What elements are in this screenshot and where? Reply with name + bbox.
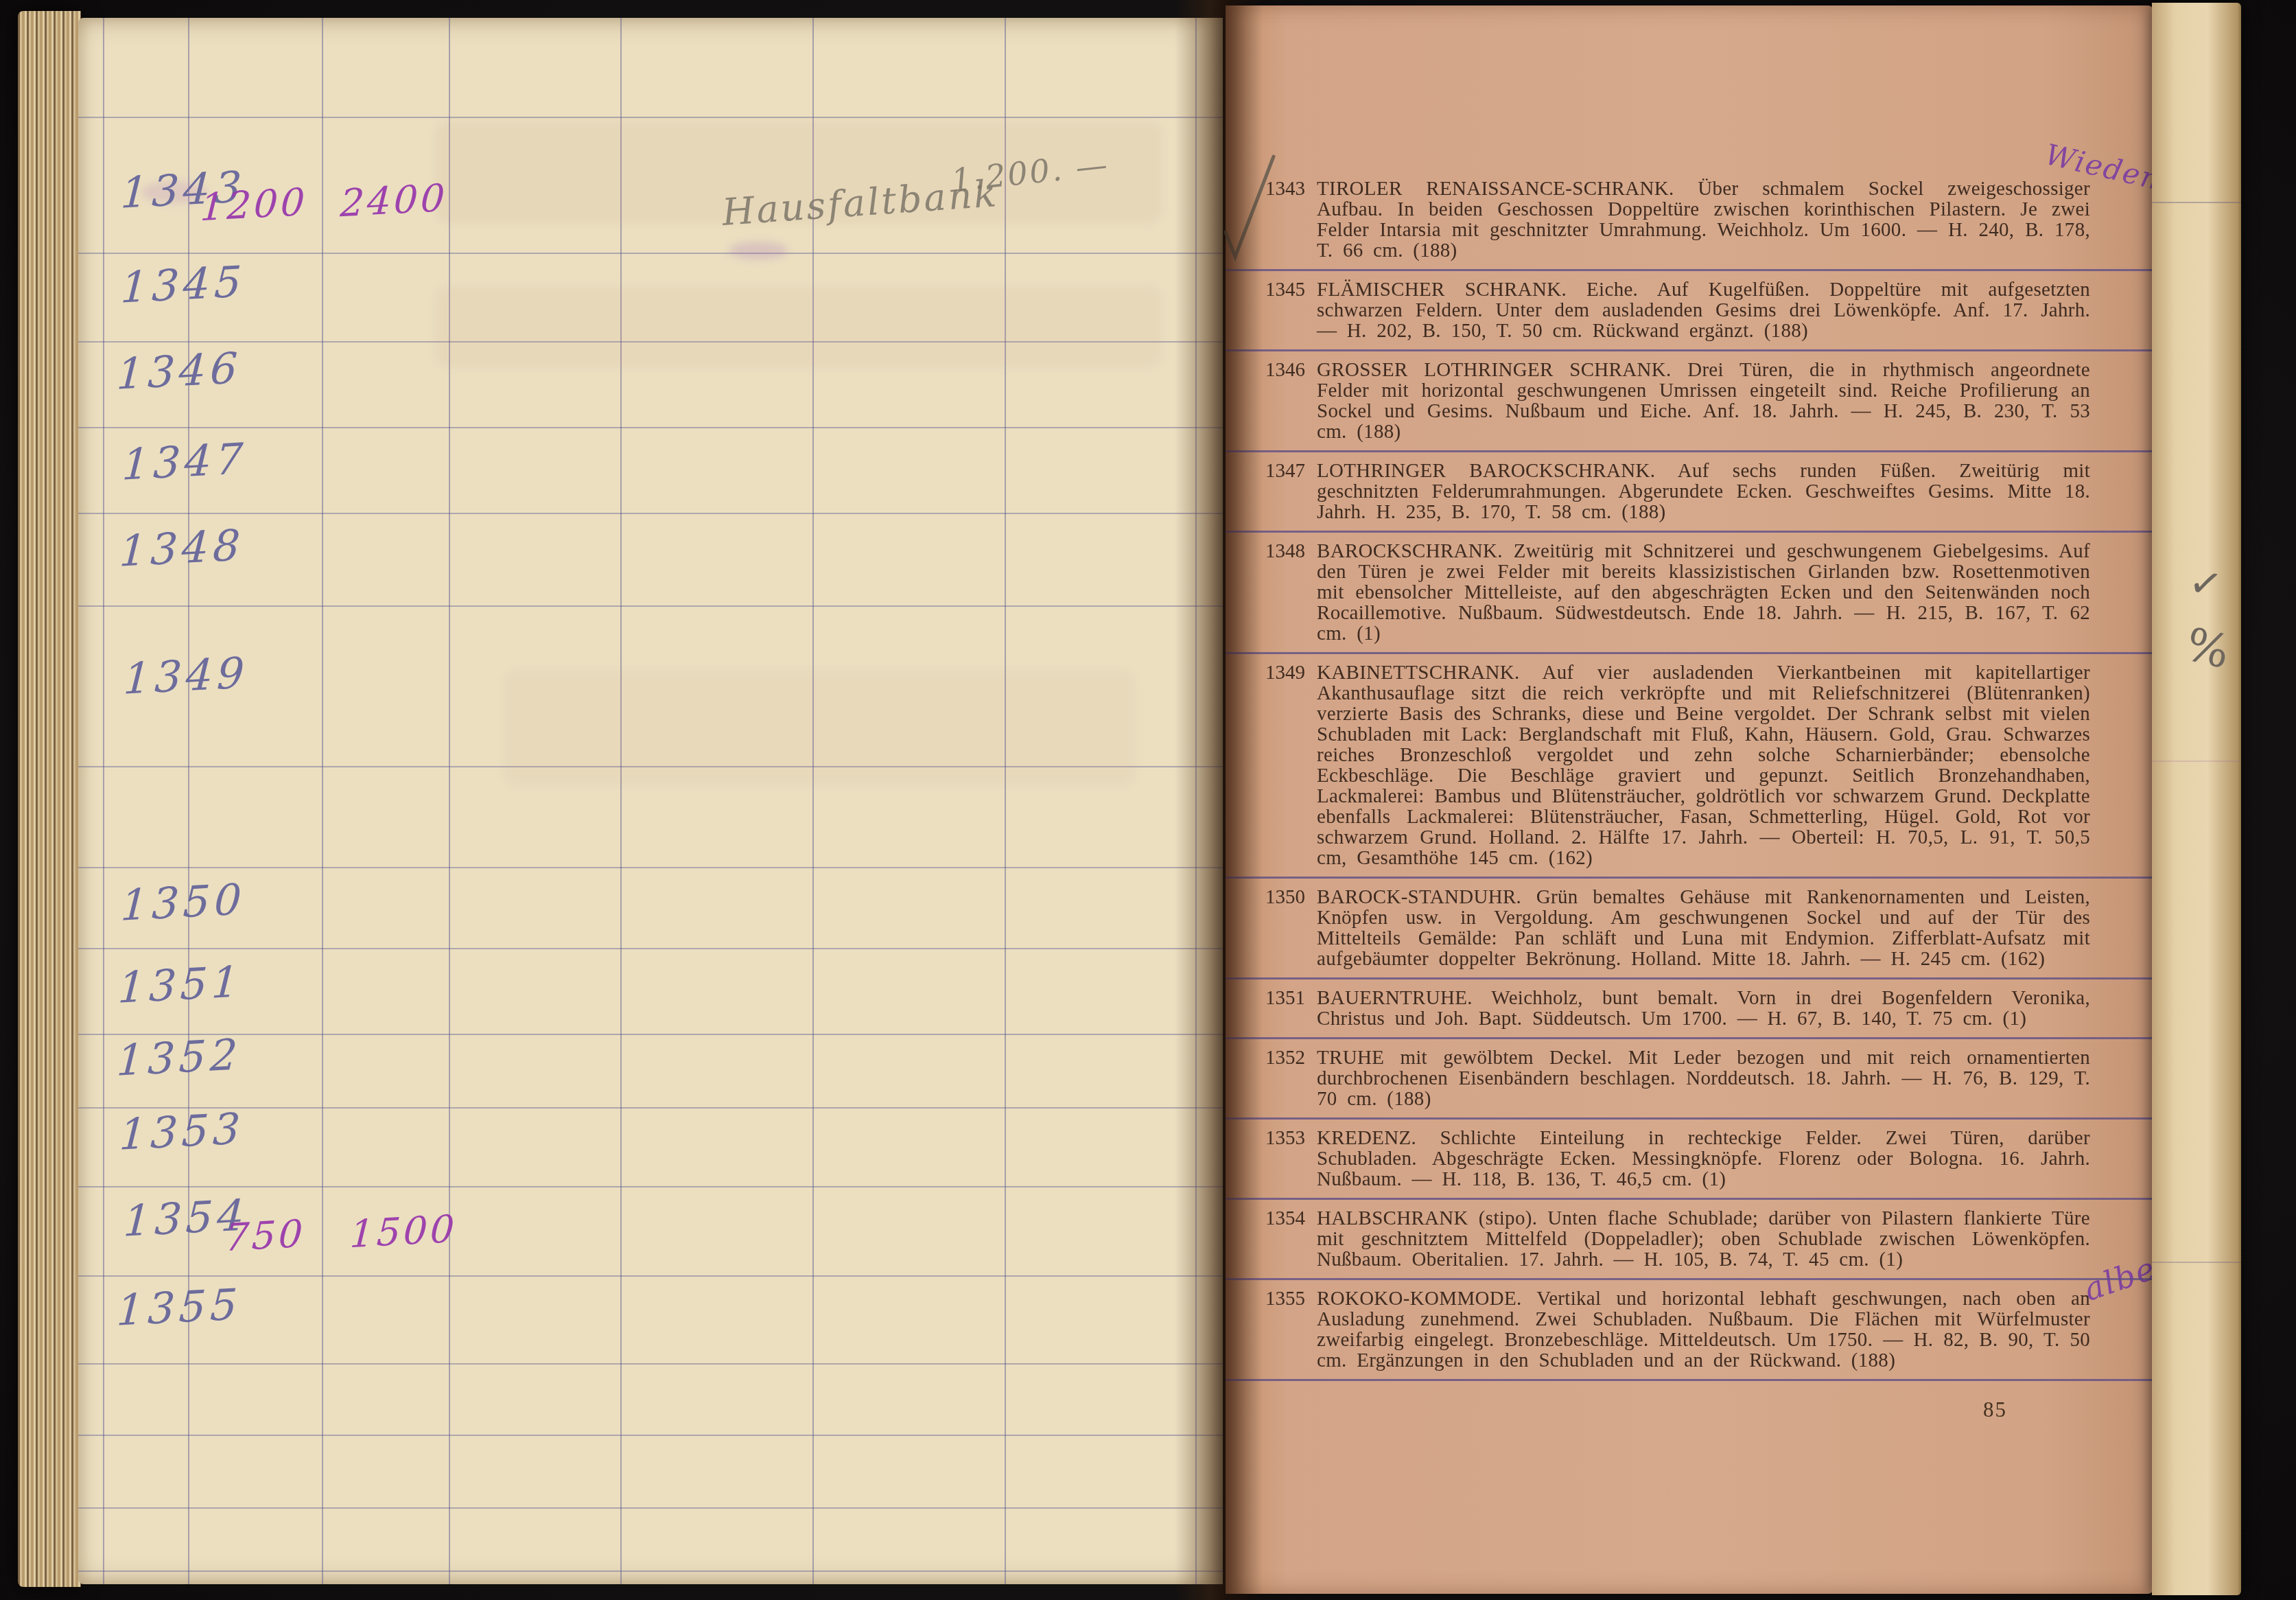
grid-line [78, 1107, 1223, 1109]
catalog-entry: 1349 KABINETTSCHRANK. Auf vier ausladend… [1226, 662, 2153, 879]
print-ghost [435, 286, 1162, 368]
entry-text: FLÄMISCHER SCHRANK. Eiche. Auf Kugelfüße… [1317, 279, 2090, 341]
catalog-entry: 1345 FLÄMISCHER SCHRANK. Eiche. Auf Kuge… [1226, 279, 2153, 351]
catalog-entry-list: 1343 TIROLER RENAISSANCE-SCHRANK. Über s… [1226, 178, 2153, 1389]
grid-line [78, 605, 1223, 607]
catalog-entry: 1348 BAROCKSCHRANK. Zweitürig mit Schnit… [1226, 541, 2153, 654]
entry-number: 1353 [1254, 1128, 1317, 1190]
item-number: 1352 [115, 1029, 242, 1086]
grid-line [78, 867, 1223, 868]
grid-line [78, 1435, 1223, 1436]
catalog-entry: 1350 BAROCK-STANDUHR. Grün bemaltes Gehä… [1226, 887, 2153, 979]
grid-line [78, 948, 1223, 949]
entry-text: BAROCKSCHRANK. Zweitürig mit Schnitzerei… [1317, 541, 2090, 644]
item-number: 1349 [122, 647, 249, 704]
edge-percent-mark: % [2181, 618, 2235, 680]
catalog-entry: 1346 GROSSER LOTHRINGER SCHRANK. Drei Tü… [1226, 360, 2153, 452]
item-number: 1348 [118, 520, 245, 577]
entry-number: 1350 [1254, 887, 1317, 969]
entry-number: 1354 [1254, 1208, 1317, 1270]
price-value: 750 [224, 1211, 306, 1260]
entry-number: 1348 [1254, 541, 1317, 644]
item-number: 1346 [115, 343, 242, 399]
price-value: 2400 [339, 176, 448, 225]
price-value: 1500 [349, 1207, 458, 1256]
book-scan: 1343 1200 2400 1345 1346 1347 1348 1349 … [0, 0, 2296, 1600]
entry-number: 1345 [1254, 279, 1317, 341]
entry-number: 1355 [1254, 1288, 1317, 1371]
entry-number: 1352 [1254, 1047, 1317, 1109]
grid-line [78, 1034, 1223, 1035]
item-number: 1353 [118, 1103, 245, 1160]
catalog-page: Wiedemann albe 1343 TIROLER RENAISSANCE-… [1226, 5, 2153, 1594]
catalog-entry: 1355 ROKOKO-KOMMODE. Vertikal und horizo… [1226, 1288, 2153, 1381]
entry-number: 1351 [1254, 988, 1317, 1029]
entry-text: BAROCK-STANDUHR. Grün bemaltes Gehäuse m… [1317, 887, 2090, 969]
entry-text: HALBSCHRANK (stipo). Unten flache Schubl… [1317, 1208, 2090, 1270]
grid-line [78, 253, 1223, 254]
pencil-line [2152, 202, 2241, 203]
entry-number: 1349 [1254, 662, 1317, 868]
next-page-edge: ✓ % [2152, 3, 2241, 1595]
item-number: 1351 [117, 956, 244, 1013]
entry-number: 1343 [1254, 178, 1317, 261]
grid-line [78, 117, 1223, 118]
grid-line [78, 1507, 1223, 1509]
entry-text: KABINETTSCHRANK. Auf vier ausladenden Vi… [1317, 662, 2090, 868]
entry-text: KREDENZ. Schlichte Einteilung in rechtec… [1317, 1128, 2090, 1190]
item-number: 1345 [119, 256, 246, 313]
grid-line [78, 1186, 1223, 1187]
item-number: 1355 [115, 1279, 242, 1336]
edge-check-icon: ✓ [2185, 557, 2226, 609]
entry-text: ROKOKO-KOMMODE. Vertikal und horizontal … [1317, 1288, 2090, 1371]
entry-number: 1347 [1254, 461, 1317, 522]
ledger-page: 1343 1200 2400 1345 1346 1347 1348 1349 … [78, 18, 1223, 1584]
catalog-entry: 1353 KREDENZ. Schlichte Einteilung in re… [1226, 1128, 2153, 1200]
grid-line [78, 427, 1223, 428]
entry-text: TRUHE mit gewölbtem Deckel. Mit Leder be… [1317, 1047, 2090, 1109]
catalog-entry: 1343 TIROLER RENAISSANCE-SCHRANK. Über s… [1226, 178, 2153, 271]
item-number: 1347 [121, 433, 248, 490]
entry-text: TIROLER RENAISSANCE-SCHRANK. Über schmal… [1317, 178, 2090, 261]
entry-text: LOTHRINGER BAROCKSCHRANK. Auf sechs rund… [1317, 461, 2090, 522]
item-number: 1350 [119, 874, 246, 931]
price-value: 1200 [199, 180, 308, 229]
page-number: 85 [1983, 1398, 2007, 1422]
book-page-stack-edges [18, 11, 81, 1587]
catalog-entry: 1354 HALBSCHRANK (stipo). Unten flache S… [1226, 1208, 2153, 1280]
pencil-line [2152, 761, 2241, 762]
grid-line [78, 1275, 1223, 1277]
catalog-entry: 1351 BAUERNTRUHE. Weichholz, bunt bemalt… [1226, 988, 2153, 1039]
catalog-entry: 1347 LOTHRINGER BAROCKSCHRANK. Auf sechs… [1226, 461, 2153, 533]
entry-text: GROSSER LOTHRINGER SCHRANK. Drei Türen, … [1317, 360, 2090, 442]
grid-line [78, 1570, 1223, 1572]
print-ghost [504, 670, 1135, 787]
pencil-line [2152, 1262, 2241, 1263]
catalog-entry: 1352 TRUHE mit gewölbtem Deckel. Mit Led… [1226, 1047, 2153, 1120]
entry-text: BAUERNTRUHE. Weichholz, bunt bemalt. Vor… [1317, 988, 2090, 1029]
ink-smudge [729, 242, 788, 259]
grid-line [78, 1363, 1223, 1365]
grid-line [78, 513, 1223, 514]
entry-number: 1346 [1254, 360, 1317, 442]
